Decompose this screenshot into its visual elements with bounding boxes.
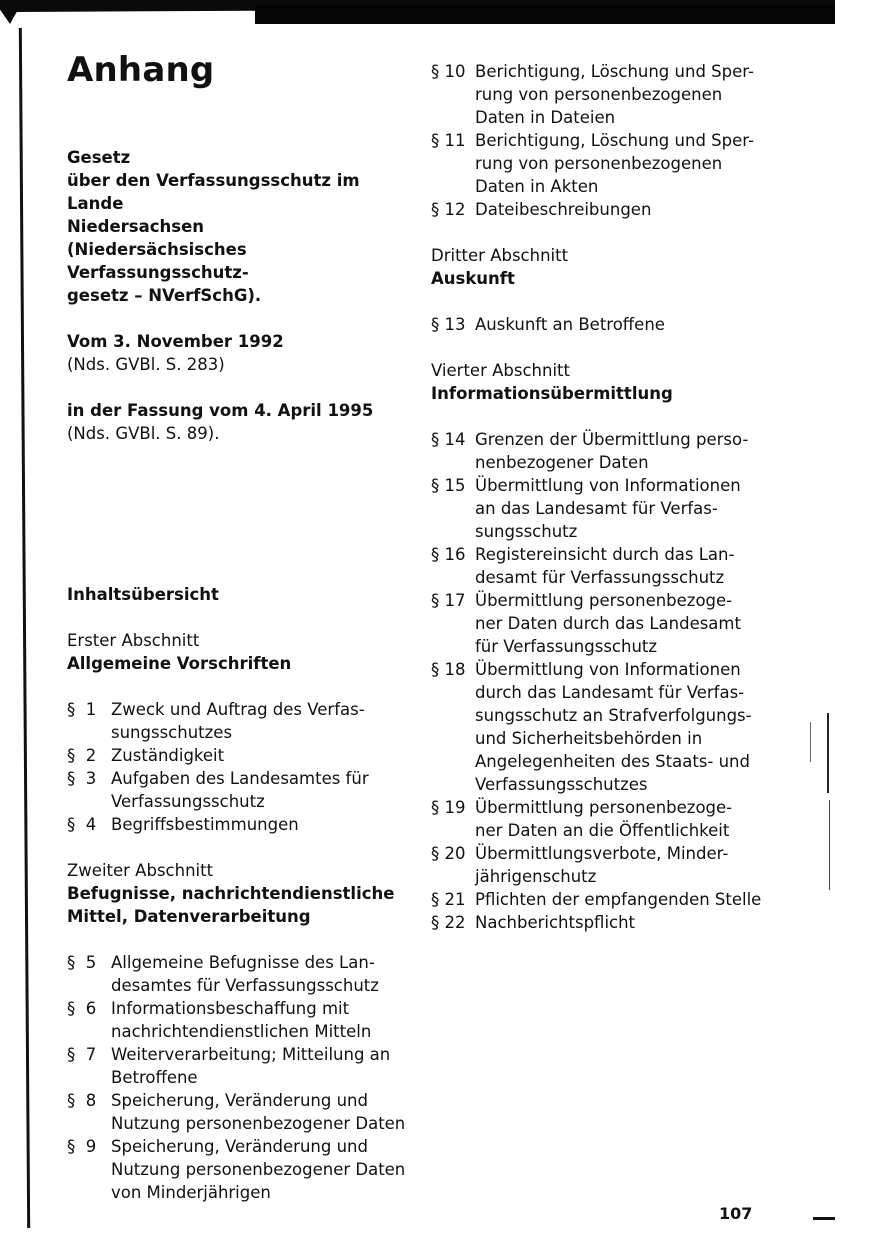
paragraph-title: Übermittlung von Informationenan das Lan… xyxy=(475,474,781,543)
law-title-line: Niedersachsen xyxy=(67,215,412,238)
left-column: Anhang Gesetz über den Verfassungsschutz… xyxy=(67,50,412,1227)
date-label: Vom 3. November 1992 xyxy=(67,330,412,353)
scan-mark xyxy=(813,1217,835,1220)
paragraph-title: Registereinsicht durch das Lan-desamt fü… xyxy=(475,543,781,589)
page-title: Anhang xyxy=(67,50,412,90)
toc-entry: § 4Begriffsbestimmungen xyxy=(67,813,412,836)
paragraph-number: § 7 xyxy=(67,1043,111,1089)
page-number: 107 xyxy=(719,1204,752,1223)
toc-list: § 5Allgemeine Befugnisse des Lan-desamte… xyxy=(67,951,412,1204)
paragraph-number: § 16 xyxy=(431,543,475,589)
toc-entry: § 21Pflichten der empfangenden Stelle xyxy=(431,888,781,911)
section-label: Zweiter Abschnitt xyxy=(67,859,412,882)
gazette-reference: (Nds. GVBl. S. 89). xyxy=(67,422,412,445)
paragraph-title: Berichtigung, Löschung und Sper-rung von… xyxy=(475,129,781,198)
section-name: Allgemeine Vorschriften xyxy=(67,652,412,675)
toc-entry: § 8Speicherung, Veränderung und Nutzung … xyxy=(67,1089,412,1135)
section-heading: Zweiter Abschnitt Befugnisse, nachrichte… xyxy=(67,859,412,928)
toc-entry: § 19Übermittlung personenbezoge-ner Date… xyxy=(431,796,781,842)
toc-list: § 10Berichtigung, Löschung und Sper-rung… xyxy=(431,60,781,221)
toc-entry: § 16Registereinsicht durch das Lan-desam… xyxy=(431,543,781,589)
paragraph-number: § 4 xyxy=(67,813,111,836)
paragraph-title: Grenzen der Übermittlung perso-nenbezoge… xyxy=(475,428,781,474)
paragraph-title: Pflichten der empfangenden Stelle xyxy=(475,888,781,911)
paragraph-number: § 22 xyxy=(431,911,475,934)
scan-mark xyxy=(810,722,811,762)
toc-entry: § 13Auskunft an Betroffene xyxy=(431,313,781,336)
law-title-line: (Niedersächsisches Verfassungsschutz- xyxy=(67,238,412,284)
paragraph-number: § 11 xyxy=(431,129,475,198)
gazette-reference: (Nds. GVBl. S. 283) xyxy=(67,353,412,376)
law-title: Gesetz über den Verfassungsschutz im Lan… xyxy=(67,146,412,307)
toc-list: § 14Grenzen der Übermittlung perso-nenbe… xyxy=(431,428,781,934)
toc-entry: § 10Berichtigung, Löschung und Sper-rung… xyxy=(431,60,781,129)
paragraph-title: Weiterverarbeitung; Mitteilung an Betrof… xyxy=(111,1043,412,1089)
paragraph-title: Übermittlung personenbezoge-ner Daten an… xyxy=(475,796,781,842)
paragraph-number: § 2 xyxy=(67,744,111,767)
paragraph-title: Informationsbeschaffung mit nachrichtend… xyxy=(111,997,412,1043)
paragraph-number: § 18 xyxy=(431,658,475,796)
paragraph-number: § 10 xyxy=(431,60,475,129)
toc-entry: § 5Allgemeine Befugnisse des Lan-desamte… xyxy=(67,951,412,997)
paragraph-number: § 3 xyxy=(67,767,111,813)
law-title-line: Gesetz xyxy=(67,146,412,169)
paragraph-number: § 13 xyxy=(431,313,475,336)
toc-entry: § 7Weiterverarbeitung; Mitteilung an Bet… xyxy=(67,1043,412,1089)
section-heading: Dritter Abschnitt Auskunft xyxy=(431,244,781,290)
toc-entry: § 17Übermittlung personenbezoge-ner Date… xyxy=(431,589,781,658)
paragraph-title: Speicherung, Veränderung und Nutzung per… xyxy=(111,1135,412,1204)
toc-entry: § 3Aufgaben des Landesamtes für Verfassu… xyxy=(67,767,412,813)
paragraph-number: § 19 xyxy=(431,796,475,842)
paragraph-number: § 5 xyxy=(67,951,111,997)
section-label: Vierter Abschnitt xyxy=(431,359,781,382)
law-date-original: Vom 3. November 1992 (Nds. GVBl. S. 283) xyxy=(67,330,412,376)
paragraph-title: Übermittlungsverbote, Minder-jährigensch… xyxy=(475,842,781,888)
toc-entry: § 6Informationsbeschaffung mit nachricht… xyxy=(67,997,412,1043)
toc-entry: § 11Berichtigung, Löschung und Sper-rung… xyxy=(431,129,781,198)
law-date-amended: in der Fassung vom 4. April 1995 (Nds. G… xyxy=(67,399,412,445)
paragraph-title: Zuständigkeit xyxy=(111,744,412,767)
section-name: Befugnisse, nachrichtendienstlicheMittel… xyxy=(67,882,412,928)
paragraph-title: Übermittlung personenbezoge-ner Daten du… xyxy=(475,589,781,658)
toc-entry: § 2Zuständigkeit xyxy=(67,744,412,767)
paragraph-title: Übermittlung von Informationendurch das … xyxy=(475,658,781,796)
paragraph-number: § 1 xyxy=(67,698,111,744)
paragraph-number: § 8 xyxy=(67,1089,111,1135)
paragraph-title: Nachberichtspflicht xyxy=(475,911,781,934)
scan-edge-left xyxy=(19,28,30,1228)
paragraph-number: § 20 xyxy=(431,842,475,888)
paragraph-number: § 17 xyxy=(431,589,475,658)
paragraph-number: § 15 xyxy=(431,474,475,543)
paragraph-number: § 12 xyxy=(431,198,475,221)
toc-entry: § 14Grenzen der Übermittlung perso-nenbe… xyxy=(431,428,781,474)
paragraph-title: Zweck und Auftrag des Verfas-sungsschutz… xyxy=(111,698,412,744)
scan-mark xyxy=(827,713,829,793)
toc-entry: § 9Speicherung, Veränderung und Nutzung … xyxy=(67,1135,412,1204)
right-column: § 10Berichtigung, Löschung und Sper-rung… xyxy=(431,60,781,957)
paragraph-title: Dateibeschreibungen xyxy=(475,198,781,221)
paragraph-title: Begriffsbestimmungen xyxy=(111,813,412,836)
section-label: Erster Abschnitt xyxy=(67,629,412,652)
date-label: in der Fassung vom 4. April 1995 xyxy=(67,399,412,422)
paragraph-number: § 21 xyxy=(431,888,475,911)
toc-entry: § 18Übermittlung von Informationendurch … xyxy=(431,658,781,796)
paragraph-title: Speicherung, Veränderung und Nutzung per… xyxy=(111,1089,412,1135)
toc-list: § 13Auskunft an Betroffene xyxy=(431,313,781,336)
paragraph-number: § 6 xyxy=(67,997,111,1043)
section-heading: Erster Abschnitt Allgemeine Vorschriften xyxy=(67,629,412,675)
paragraph-title: Aufgaben des Landesamtes für Verfassungs… xyxy=(111,767,412,813)
paragraph-title: Allgemeine Befugnisse des Lan-desamtes f… xyxy=(111,951,412,997)
toc-list: § 1Zweck und Auftrag des Verfas-sungssch… xyxy=(67,698,412,836)
toc-heading: Inhaltsübersicht xyxy=(67,583,412,606)
paragraph-number: § 14 xyxy=(431,428,475,474)
scan-edge-top-right xyxy=(255,5,835,24)
section-name: Auskunft xyxy=(431,267,781,290)
law-title-line: über den Verfassungsschutz im Lande xyxy=(67,169,412,215)
paragraph-title: Berichtigung, Löschung und Sper-rung von… xyxy=(475,60,781,129)
toc-entry: § 22Nachberichtspflicht xyxy=(431,911,781,934)
scan-mark xyxy=(829,800,830,890)
toc-entry: § 20Übermittlungsverbote, Minder-jährige… xyxy=(431,842,781,888)
toc-entry: § 1Zweck und Auftrag des Verfas-sungssch… xyxy=(67,698,412,744)
toc-entry: § 15Übermittlung von Informationenan das… xyxy=(431,474,781,543)
law-title-line: gesetz – NVerfSchG). xyxy=(67,284,412,307)
toc-entry: § 12Dateibeschreibungen xyxy=(431,198,781,221)
paragraph-number: § 9 xyxy=(67,1135,111,1204)
section-heading: Vierter Abschnitt Informationsübermittlu… xyxy=(431,359,781,405)
section-label: Dritter Abschnitt xyxy=(431,244,781,267)
section-name: Informationsübermittlung xyxy=(431,382,781,405)
paragraph-title: Auskunft an Betroffene xyxy=(475,313,781,336)
